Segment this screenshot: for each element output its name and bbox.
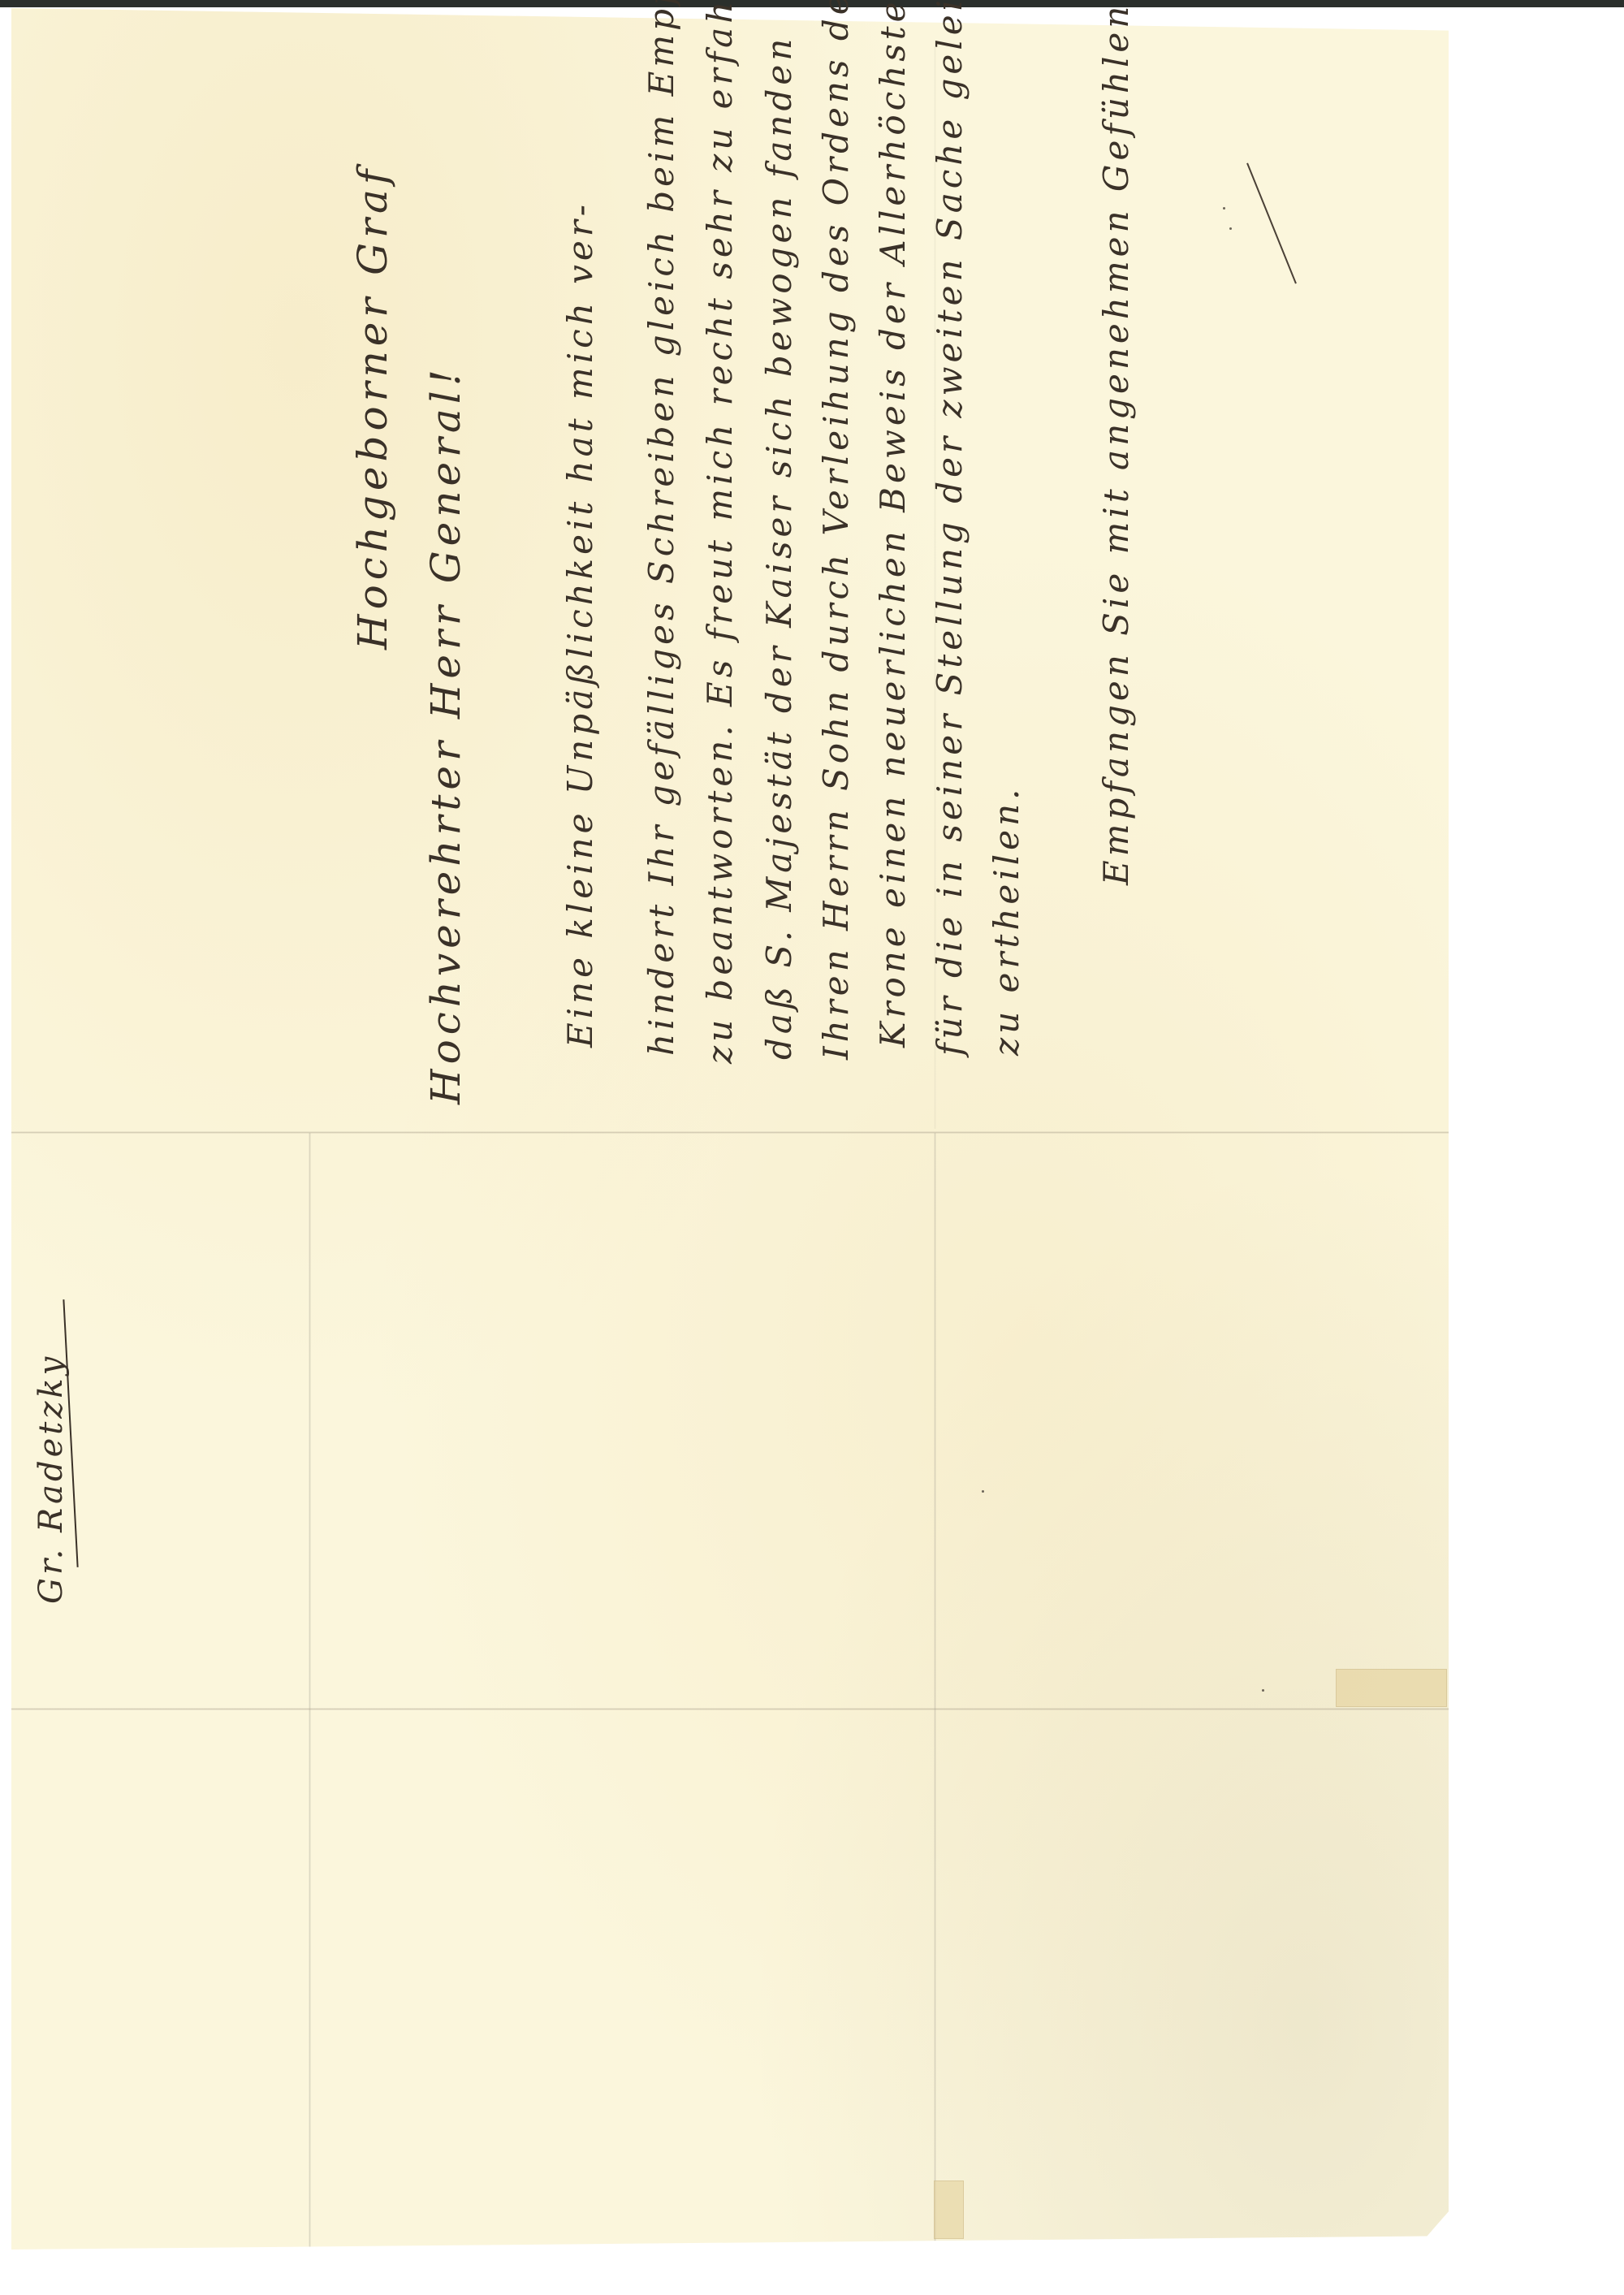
closing-line: Empfangen Sie mit angenehmen Gefühlen di… bbox=[1096, 0, 1136, 885]
ink-speck bbox=[982, 1490, 984, 1493]
body-line-1: Eine kleine Unpäßlichkeit hat mich ver- bbox=[560, 201, 600, 1048]
tape-repair-right bbox=[1336, 1669, 1447, 1707]
body-line-5: Ihren Herrn Sohn durch Verleihung des Or… bbox=[816, 0, 856, 1060]
salutation-line-1: Hochgeborner Graf bbox=[349, 165, 396, 650]
body-line-4: daß S. Majestät der Kaiser sich bewogen … bbox=[759, 35, 799, 1060]
scanner-border bbox=[0, 0, 1624, 7]
margin-note-radetzky: Gr. Radetzky bbox=[32, 1354, 70, 1604]
fold-line-vertical-right bbox=[934, 1133, 936, 2250]
fold-line-horizontal-lower bbox=[11, 1708, 1449, 1710]
tape-repair-bottom bbox=[934, 2180, 964, 2239]
body-line-3: zu beantworten. Es freut mich recht sehr… bbox=[700, 0, 740, 1064]
body-line-7: für die in seiner Stellung der zweiten S… bbox=[930, 0, 970, 1056]
ink-speck bbox=[1229, 227, 1232, 230]
body-line-6: Krone einen neuerlichen Beweis der Aller… bbox=[873, 0, 913, 1048]
body-line-2: hindert Ihr gefälliges Schreiben gleich … bbox=[641, 0, 681, 1056]
fold-line-vertical-left bbox=[309, 1133, 311, 2250]
salutation-line-2: Hochverehrter Herr General! bbox=[422, 365, 469, 1104]
fold-line-horizontal-upper bbox=[11, 1131, 1449, 1134]
body-line-8: zu ertheilen. bbox=[987, 785, 1026, 1056]
signature-dot bbox=[1223, 207, 1225, 210]
ink-speck bbox=[1262, 1689, 1264, 1692]
